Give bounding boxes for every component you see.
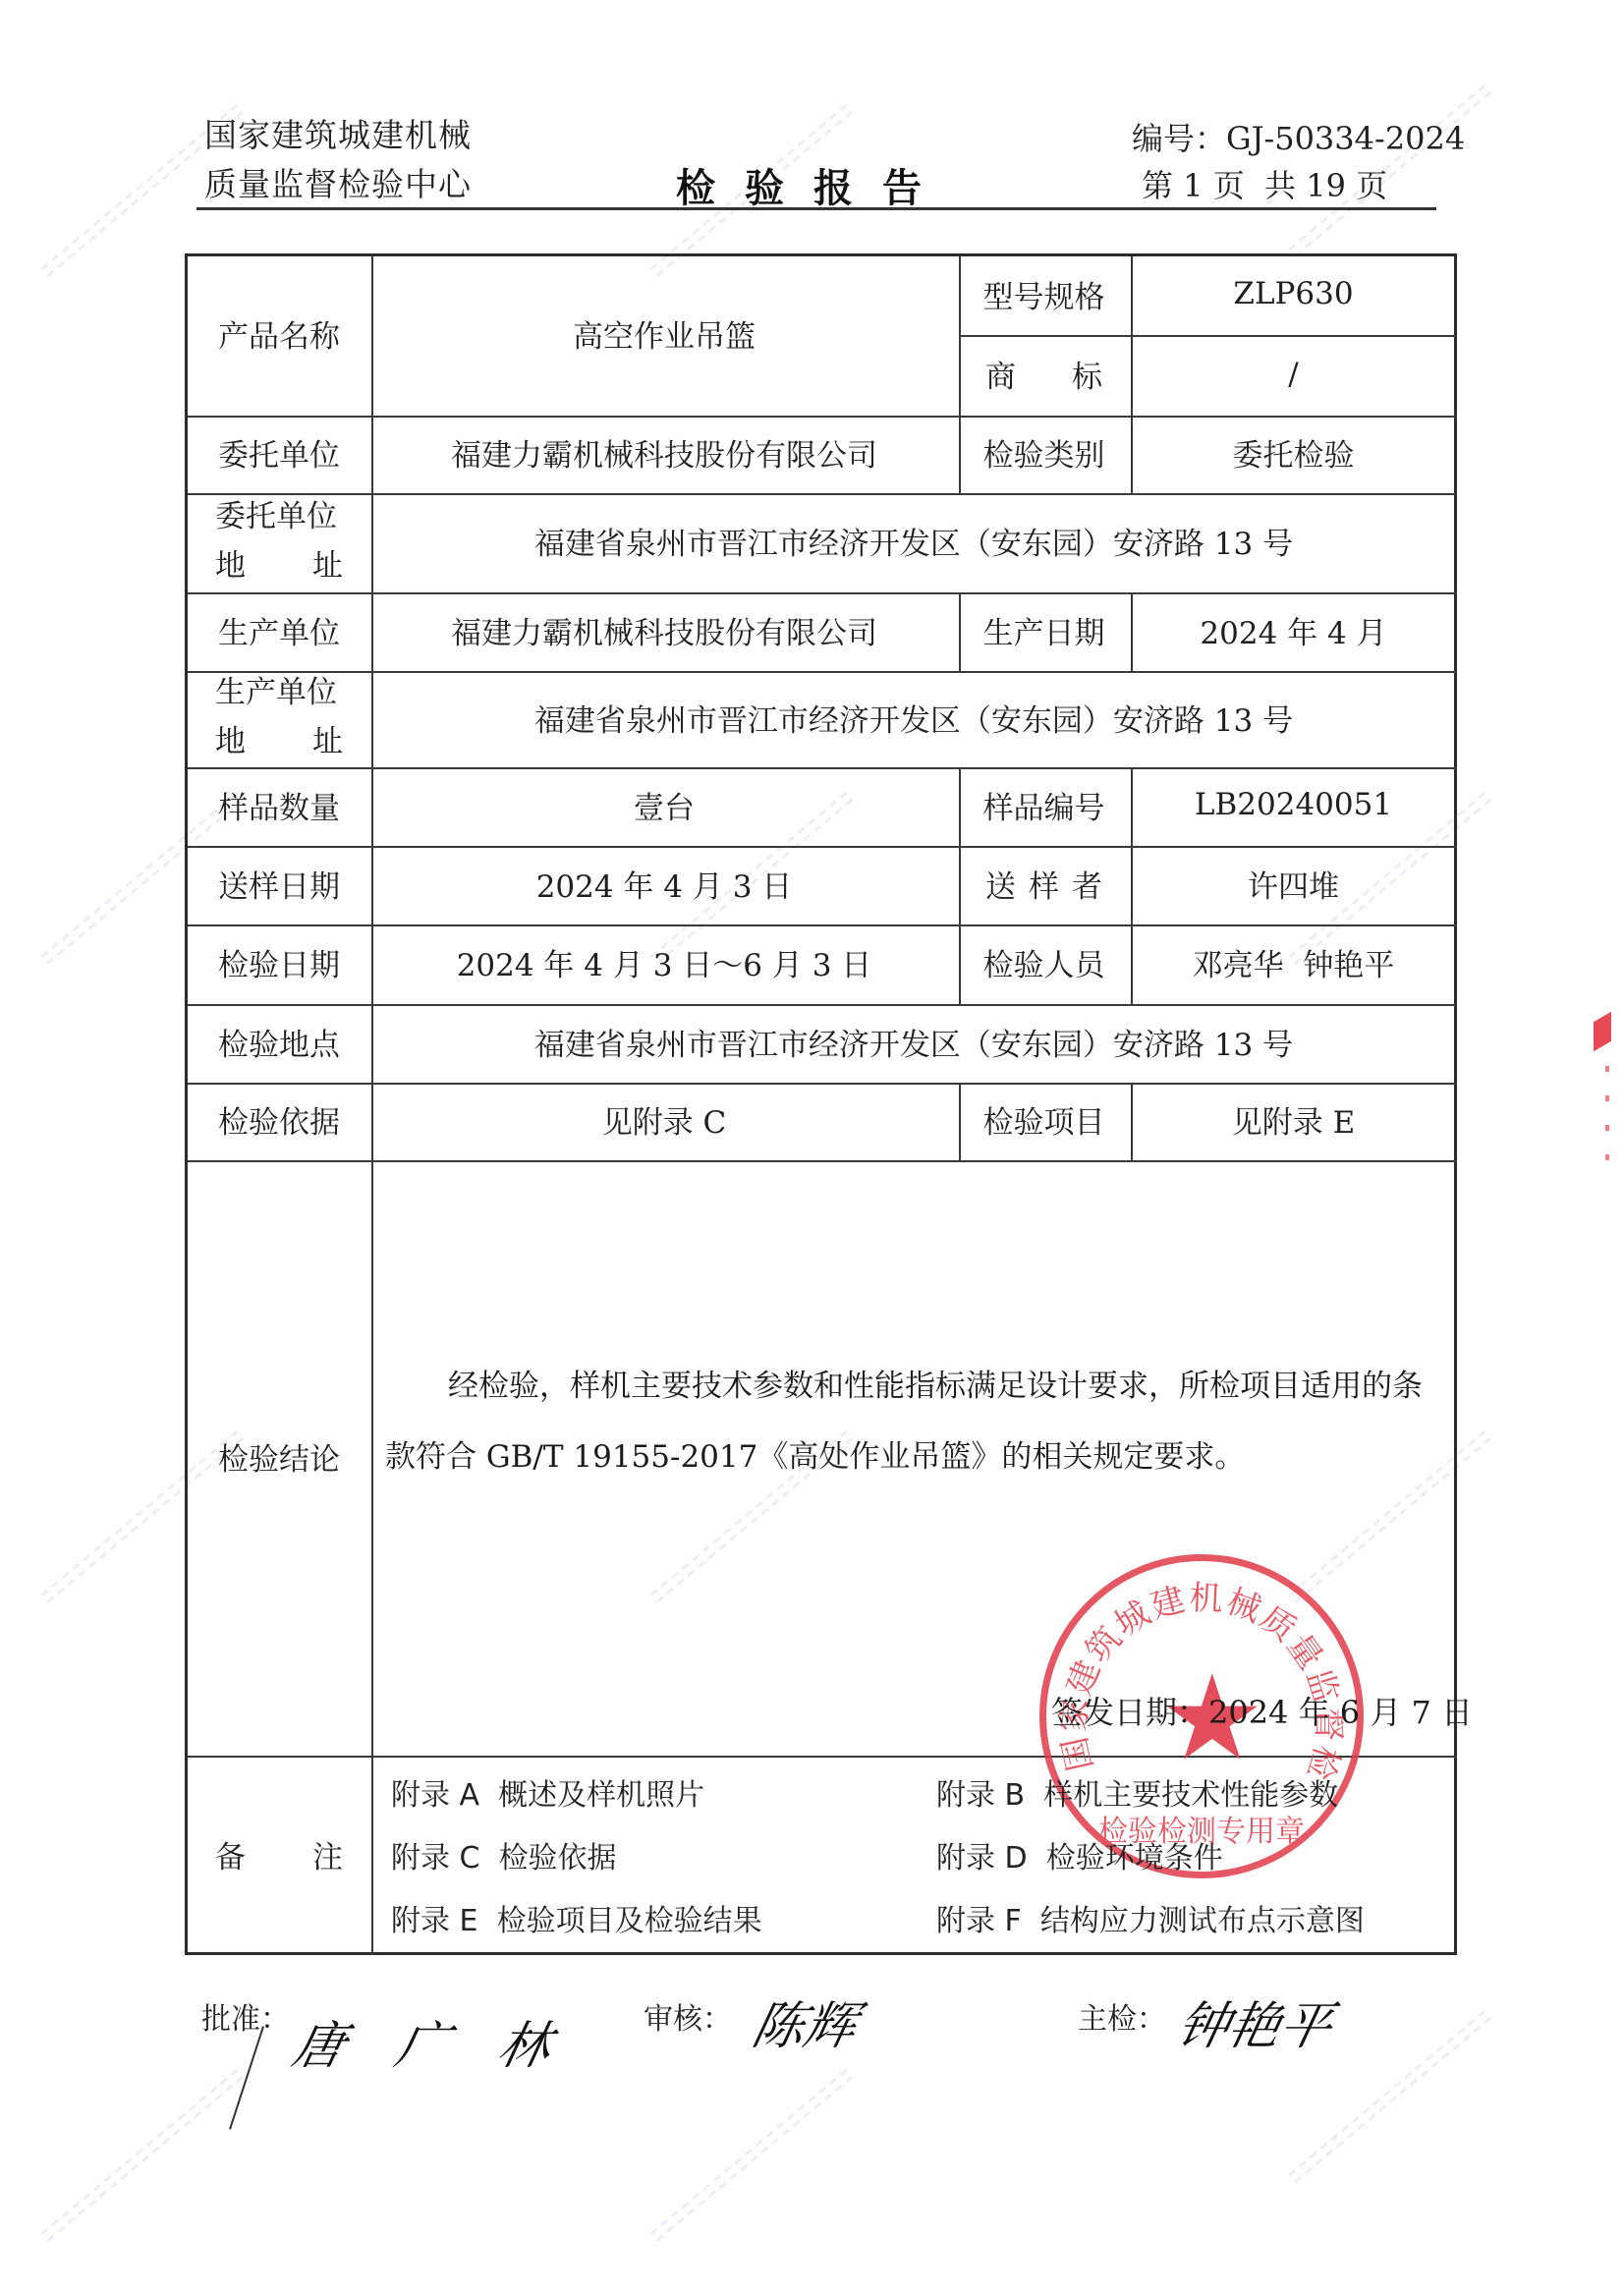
value-production-date: 2024 年 4 月 (1130, 590, 1457, 669)
watermark (646, 2064, 868, 2259)
value-product-name: 高空作业吊篮 (370, 253, 958, 414)
value-basis: 见附录 C (370, 1081, 958, 1158)
approve-signature: 唐 广 林 (287, 2004, 577, 2078)
label-sender: 送 样 者 (958, 844, 1130, 923)
org-name-line2: 质量监督检验中心 (204, 159, 472, 205)
review-label: 审核： (644, 1994, 732, 2038)
label-inspectors: 检验人员 (958, 923, 1130, 1002)
label-client: 委托单位 (188, 414, 370, 491)
label-inspection-site: 检验地点 (188, 1002, 370, 1081)
report-number: 编号：GJ-50334-2024 (1132, 114, 1465, 159)
remark-item: 附录 A 概述及样机照片 (391, 1770, 704, 1814)
label-sender-c: 者 (1072, 862, 1102, 906)
value-items: 见附录 E (1130, 1081, 1457, 1158)
label-remarks-a: 备 (215, 1832, 246, 1876)
label-inspection-date: 检验日期 (188, 923, 370, 1002)
label-line: 地址 (215, 541, 343, 590)
page-title: 检验报告 (676, 157, 951, 213)
label-line: 委托单位 (215, 492, 343, 541)
value-sample-qty: 壹台 (370, 765, 958, 844)
value-sender: 许四堆 (1130, 844, 1457, 923)
value-inspectors: 邓亮华 钟艳平 (1130, 923, 1457, 1002)
label-basis: 检验依据 (188, 1081, 370, 1158)
conclusion-text: 经检验，样机主要技术参数和性能指标满足设计要求，所检项目适用的条款符合 GB/T… (385, 1351, 1446, 1492)
label-trademark-a: 商 (985, 352, 1016, 396)
label-items: 检验项目 (958, 1081, 1130, 1158)
chief-inspector-signature: 钟艳平 (1171, 1985, 1340, 2058)
edge-seal-mark (1594, 1012, 1611, 1051)
label-trademark: 商 标 (958, 334, 1130, 414)
label-manufacturer: 生产单位 (188, 590, 370, 669)
label-sender-b: 样 (1029, 862, 1059, 906)
value-inspection-type: 委托检验 (1130, 414, 1457, 491)
remark-item: 附录 B 样机主要技术性能参数 (936, 1770, 1338, 1814)
value-inspection-site: 福建省泉州市晋江市经济开发区（安东园）安济路 13 号 (370, 1002, 1457, 1081)
value-client: 福建力霸机械科技股份有限公司 (370, 414, 958, 491)
label-remarks: 备 注 (188, 1754, 370, 1954)
value-model: ZLP630 (1130, 253, 1457, 334)
page-info: 第 1 页 共 19 页 (1142, 161, 1387, 206)
remark-item: 附录 E 检验项目及检验结果 (391, 1896, 762, 1939)
remark-item: 附录 F 结构应力测试布点示意图 (936, 1896, 1365, 1939)
value-inspection-date: 2024 年 4 月 3 日～6 月 3 日 (370, 923, 958, 1002)
approve-label: 批准： (201, 1994, 290, 2038)
header-rule (196, 207, 1436, 210)
label-line: 地址 (215, 717, 343, 766)
value-client-address: 福建省泉州市晋江市经济开发区（安东园）安济路 13 号 (370, 491, 1457, 590)
label-trademark-b: 标 (1072, 352, 1102, 396)
label-client-address: 委托单位 地址 (188, 491, 370, 590)
chief-inspector-label: 主检： (1078, 1994, 1166, 2038)
review-signature: 陈辉 (747, 1985, 865, 2058)
label-inspection-type: 检验类别 (958, 414, 1130, 491)
label-product-name: 产品名称 (188, 253, 370, 414)
label-manufacturer-address: 生产单位 地址 (188, 669, 370, 765)
label-delivery-date: 送样日期 (188, 844, 370, 923)
label-conclusion: 检验结论 (188, 1158, 370, 1754)
issue-date: 签发日期：2024 年 6 月 7 日 (1051, 1688, 1473, 1733)
edge-seal-fragments (1605, 1066, 1609, 1184)
label-sample-qty: 样品数量 (188, 765, 370, 844)
value-manufacturer: 福建力霸机械科技股份有限公司 (370, 590, 958, 669)
value-sample-no: LB20240051 (1130, 765, 1457, 844)
label-sample-no: 样品编号 (958, 765, 1130, 844)
label-remarks-b: 注 (312, 1832, 343, 1876)
value-trademark: / (1130, 334, 1457, 414)
value-delivery-date: 2024 年 4 月 3 日 (370, 844, 958, 923)
label-model: 型号规格 (958, 253, 1130, 334)
remark-item: 附录 C 检验依据 (391, 1833, 617, 1876)
value-manufacturer-address: 福建省泉州市晋江市经济开发区（安东园）安济路 13 号 (370, 669, 1457, 765)
watermark (37, 2064, 258, 2259)
label-sender-a: 送 (985, 862, 1016, 906)
org-name-line1: 国家建筑城建机械 (204, 110, 472, 156)
remark-item: 附录 D 检验环境条件 (936, 1833, 1223, 1876)
label-production-date: 生产日期 (958, 590, 1130, 669)
label-line: 生产单位 (215, 668, 343, 717)
